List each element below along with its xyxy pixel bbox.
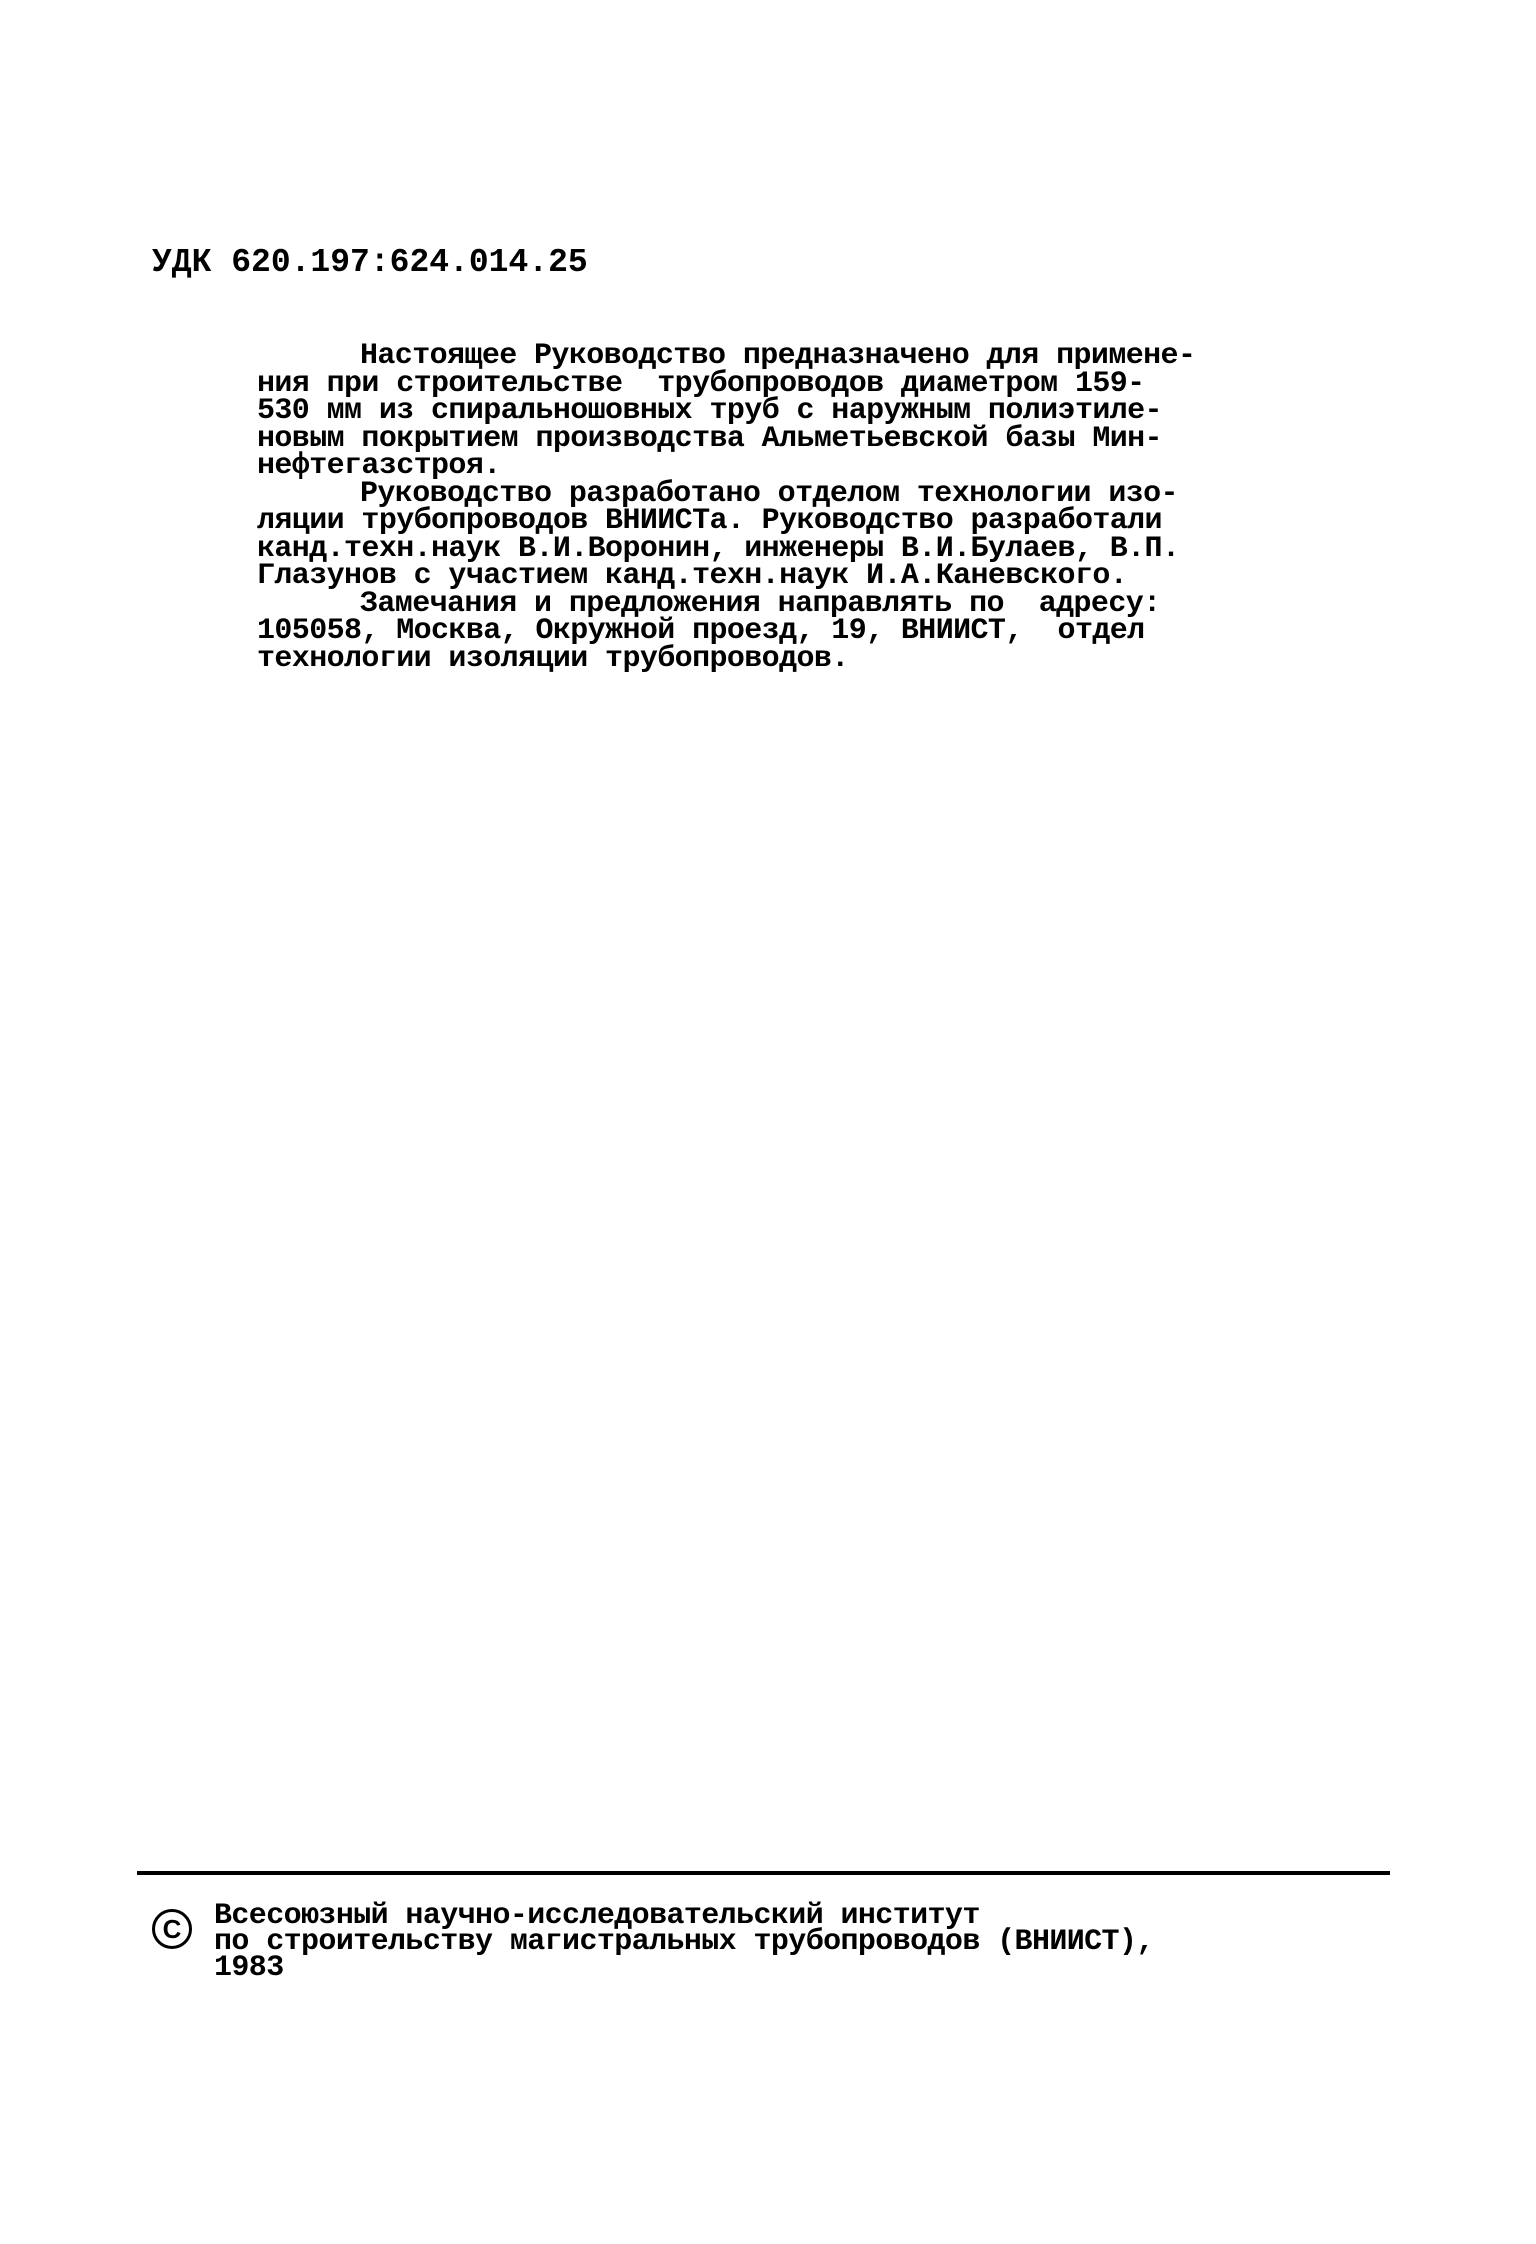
paragraph-contact: Замечания и предложения направлять по ад… bbox=[257, 591, 1337, 674]
document-body: Настоящее Руководство предназначено для … bbox=[257, 343, 1337, 673]
copyright-text: Всесоюзный научно-исследовательский инст… bbox=[214, 1903, 1154, 1981]
text-line: технологии изоляции трубопроводов. bbox=[257, 646, 1337, 674]
footer-divider bbox=[137, 1871, 1390, 1875]
paragraph-purpose: Настоящее Руководство предназначено для … bbox=[257, 343, 1337, 481]
paragraph-authors: Руководство разработано отделом технолог… bbox=[257, 481, 1337, 591]
udk-code: УДК 620.197:624.014.25 bbox=[152, 243, 588, 283]
copyright-line: по строительству магистральных трубопров… bbox=[214, 1929, 1154, 1955]
copyright-icon: C bbox=[152, 1909, 192, 1949]
